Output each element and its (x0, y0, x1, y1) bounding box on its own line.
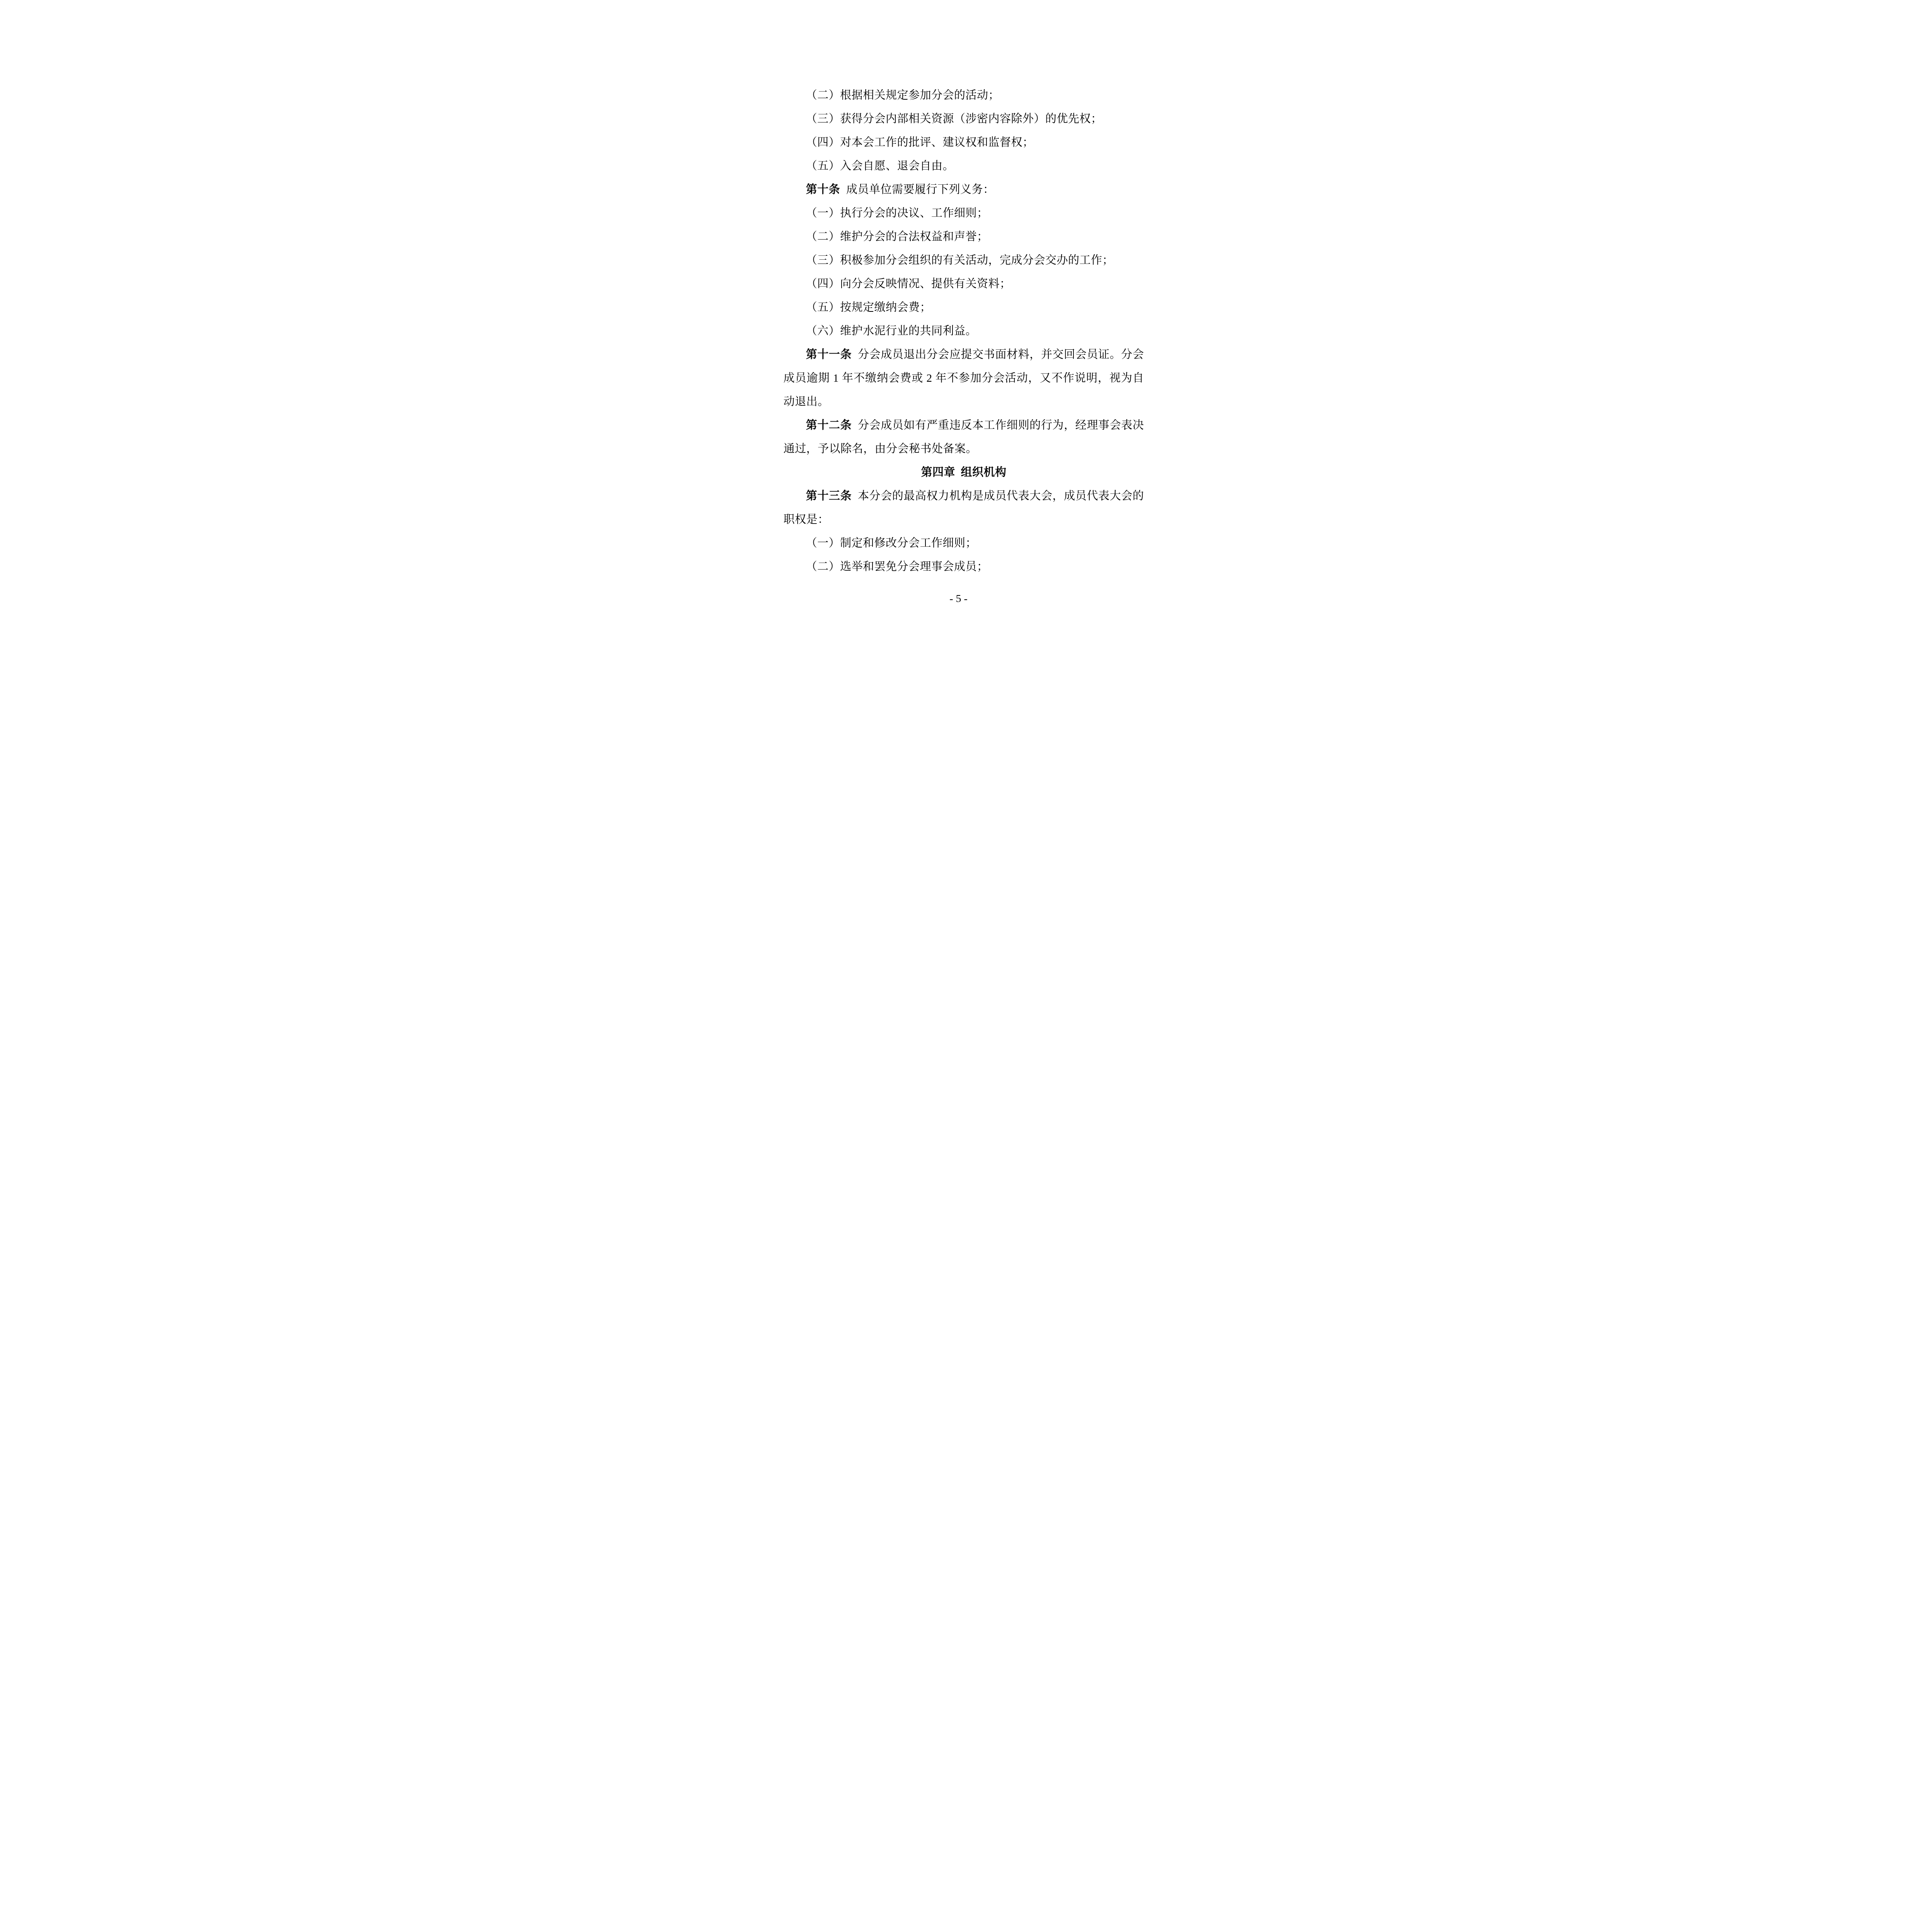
article-paragraph: 第十条成员单位需要履行下列义务： (784, 178, 1144, 202)
list-item-paragraph: （二）维护分会的合法权益和声誉； (784, 225, 1144, 249)
chapter-title: 组织机构 (961, 466, 1007, 479)
article-paragraph: 第十一条分会成员退出分会应提交书面材料，并交回会员证。分会成员逾期 1 年不缴纳… (784, 343, 1144, 414)
article-term: 第十三条 (806, 490, 852, 502)
list-item-paragraph: （一）制定和修改分会工作细则； (784, 532, 1144, 555)
list-item-paragraph: （三）积极参加分会组织的有关活动，完成分会交办的工作； (784, 249, 1144, 272)
article-term: 第十条 (806, 184, 840, 196)
article-paragraph: 第十二条分会成员如有严重违反本工作细则的行为，经理事会表决通过，予以除名，由分会… (784, 414, 1144, 461)
document-body: （二）根据相关规定参加分会的活动；（三）获得分会内部相关资源（涉密内容除外）的优… (784, 84, 1144, 579)
article-paragraph: 第十三条本分会的最高权力机构是成员代表大会，成员代表大会的职权是： (784, 485, 1144, 532)
article-term: 第十一条 (806, 349, 852, 361)
article-term: 第十二条 (806, 419, 852, 432)
list-item-paragraph: （一）执行分会的决议、工作细则； (784, 202, 1144, 225)
list-item-paragraph: （五）按规定缴纳会费； (784, 296, 1144, 320)
list-item-paragraph: （五）入会自愿、退会自由。 (784, 155, 1144, 178)
page-number: - 5 - (719, 587, 1198, 611)
list-item-paragraph: （四）向分会反映情况、提供有关资料； (784, 272, 1144, 296)
list-item-paragraph: （三）获得分会内部相关资源（涉密内容除外）的优先权； (784, 107, 1144, 131)
chapter-number: 第四章 (921, 466, 955, 479)
list-item-paragraph: （二）选举和罢免分会理事会成员； (784, 555, 1144, 579)
list-item-paragraph: （六）维护水泥行业的共同利益。 (784, 320, 1144, 343)
list-item-paragraph: （二）根据相关规定参加分会的活动； (784, 84, 1144, 107)
document-page: （二）根据相关规定参加分会的活动；（三）获得分会内部相关资源（涉密内容除外）的优… (719, 0, 1198, 678)
chapter-heading: 第四章组织机构 (784, 461, 1144, 485)
list-item-paragraph: （四）对本会工作的批评、建议权和监督权； (784, 131, 1144, 155)
